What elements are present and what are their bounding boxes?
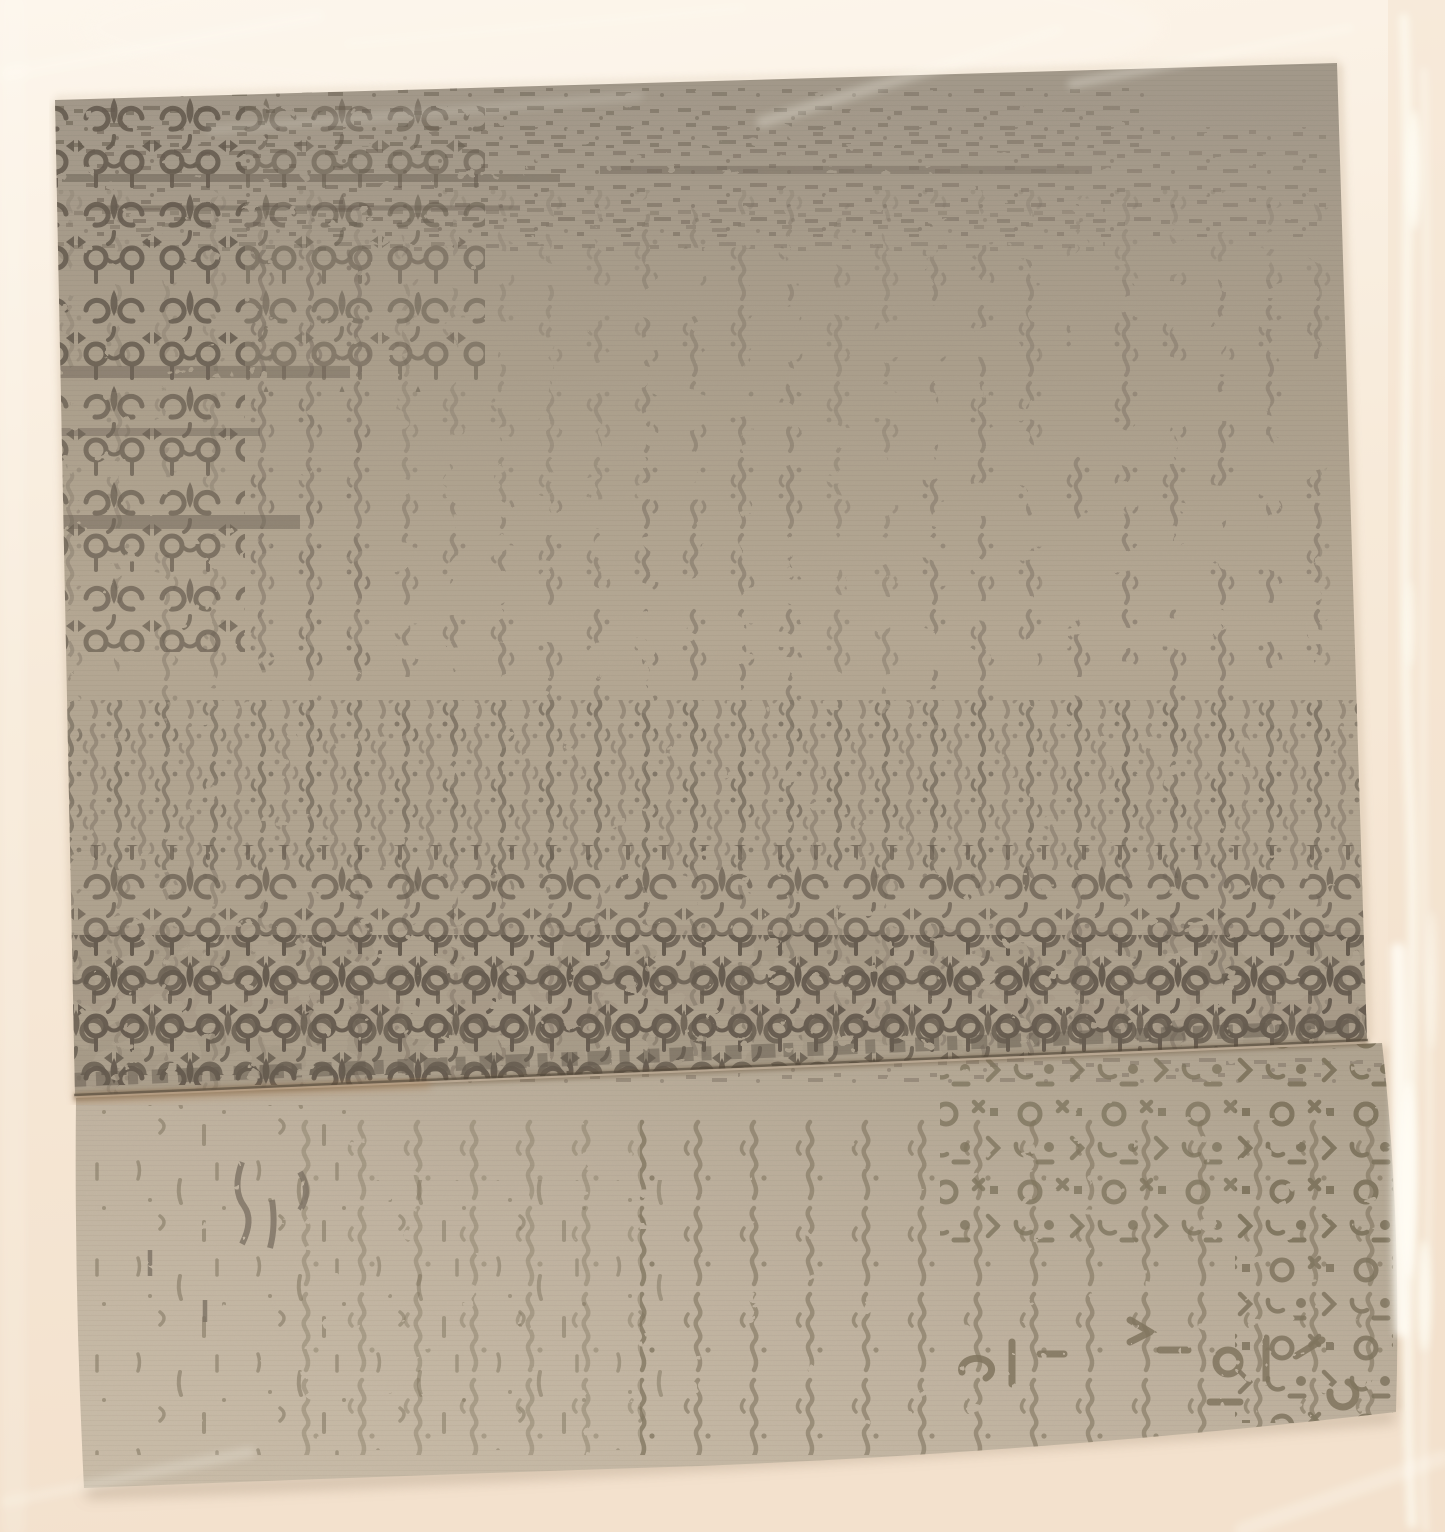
rug-folded-corner	[60, 1030, 1410, 1500]
rug-photo	[0, 0, 1445, 1532]
rug-main-face	[40, 50, 1380, 1110]
rug-photo-canvas	[0, 0, 1445, 1532]
